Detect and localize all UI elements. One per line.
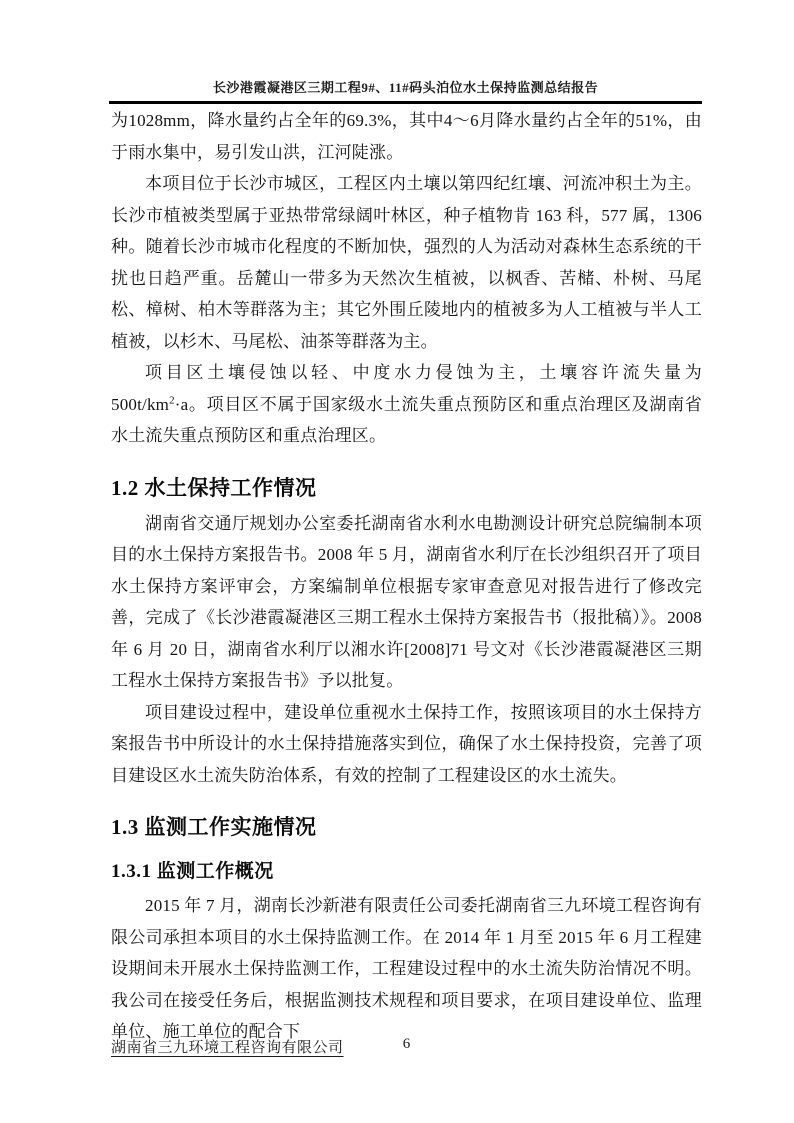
- paragraph-soil-erosion: 项目区土壤侵蚀以轻、中度水力侵蚀为主，土壤容许流失量为 500t/km2·a。项…: [111, 357, 702, 452]
- paragraph-location-vegetation: 本项目位于长沙市城区，工程区内土壤以第四纪红壤、河流冲积土为主。长沙市植被类型属…: [111, 168, 702, 357]
- section-heading-1-2: 1.2 水土保持工作情况: [111, 476, 702, 501]
- header-title: 长沙港霞凝港区三期工程9#、11#码头泊位水土保持监测总结报告: [109, 77, 702, 96]
- subsection-heading-1-3-1: 1.3.1 监测工作概况: [111, 861, 702, 884]
- page-header: 长沙港霞凝港区三期工程9#、11#码头泊位水土保持监测总结报告: [109, 77, 702, 104]
- soil-erosion-text-after-superscript: ·a。项目区不属于国家级水土流失重点预防区和重点治理区及湖南省水土流失重点预防区…: [111, 395, 702, 446]
- page-number: 6: [111, 1036, 702, 1053]
- paragraph-construction-implementation: 项目建设过程中，建设单位重视水土保持工作，按照该项目的水土保持方案报告书中所设计…: [111, 697, 702, 792]
- paragraph-rainfall: 为1028mm，降水量约占全年的69.3%，其中4～6月降水量约占全年的51%，…: [111, 105, 702, 168]
- paragraph-plan-approval: 湖南省交通厅规划办公室委托湖南省水利水电勘测设计研究总院编制本项目的水土保持方案…: [111, 508, 702, 697]
- document-body: 为1028mm，降水量约占全年的69.3%，其中4～6月降水量约占全年的51%，…: [111, 105, 702, 1048]
- section-heading-1-3: 1.3 监测工作实施情况: [111, 815, 702, 840]
- paragraph-monitoring-overview: 2015 年 7 月，湖南长沙新港有限责任公司委托湖南省三九环境工程咨询有限公司…: [111, 890, 702, 1048]
- document-page: 长沙港霞凝港区三期工程9#、11#码头泊位水土保持监测总结报告 为1028mm，…: [0, 0, 794, 1123]
- page-footer: 湖南省三九环境工程咨询有限公司 6: [111, 1036, 702, 1057]
